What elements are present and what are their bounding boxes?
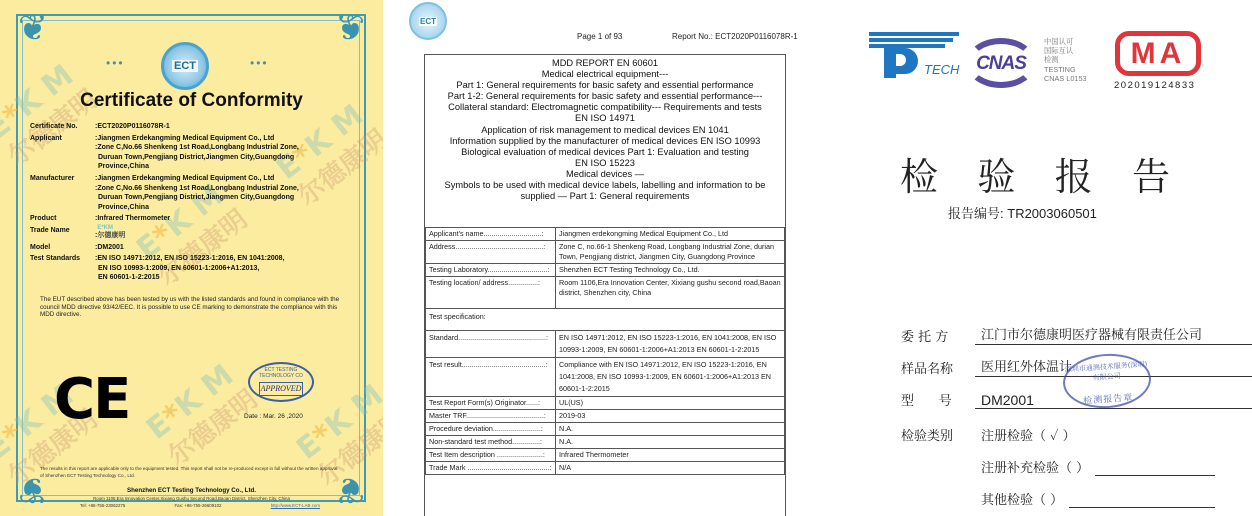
field-label: Test Standards [30,254,95,283]
row-key: Trade Mark .............................… [426,462,556,475]
row-value: N.A. [556,436,785,449]
row-value: Shenzhen ECT Testing Technology Co., Ltd… [556,264,785,277]
cma-logo: MA [1115,31,1201,76]
row-value: Infrared Thermometer [556,449,785,462]
category-other: 其他检验（ ） [975,489,1063,508]
row-key: Master TRF..............................… [426,410,556,423]
title-char: 报 [1055,146,1093,201]
row-key: Non-standard test method..............: [426,436,556,449]
certificate-field: ManufacturerJiangmen Erdekangming Medica… [30,174,355,212]
field-value: EN ISO 14971:2012, EN ISO 15223-1:2016, … [95,254,355,283]
cma-number: 202019124833 [1114,80,1195,91]
category-registration: 注册检验（ ✓ ） [975,425,1076,444]
certificate-disclaimer: The results in this report are applicabl… [40,465,340,479]
table-row: Trade Mark .............................… [426,462,785,475]
row-value: EN ISO 14971:2012, EN ISO 15223-1:2016, … [556,331,785,358]
cnas-accreditation-note: 中国认可国际互认检测TESTINGCNAS L0153 [1044,37,1087,83]
row-key: Test Report Form(s) Originator......: [426,397,556,410]
row-value: 2019-03 [556,410,785,423]
issuer-website-link[interactable]: http://www.ECT-LAB.com [271,503,320,508]
field-value: DM2001 [95,243,355,253]
title-char: 验 [977,146,1015,201]
issuer-fax: Fax: +86-755-26609102 [175,503,222,508]
certificate-field: ProductInfrared Thermometer [30,214,355,224]
certificate-field: ApplicantJiangmen Erdekangming Medical E… [30,134,355,172]
field-label: Manufacturer [30,174,95,212]
row-key: Test result.............................… [426,358,556,397]
table-row: Testing location/ address...............… [426,277,785,309]
field-label: Applicant [30,134,95,172]
heading-line: Collateral standard: Electromagnetic com… [425,102,785,113]
table-row: Testing Laboratory......................… [426,264,785,277]
row-value: Zone C, no.66-1 Shenkeng Road, Longbang … [556,241,785,264]
row-value: Compliance with EN ISO 14971:2012, EN IS… [556,358,785,397]
title-char: 告 [1132,146,1170,201]
heading-line: Medical devices — [425,169,785,180]
chinese-test-report-panel: TECH CNAS 中国认可国际互认检测TESTINGCNAS L0153 MA… [826,0,1252,516]
certificate-fields: Certificate No.ECT2020P0116078R-1Applica… [30,122,355,285]
ce-mark-icon: CE [54,372,129,428]
row-value: Room 1106,Era Innovation Center, Xixiang… [556,277,785,309]
field-label: Model [30,243,95,253]
certificate-date: Date : Mar. 26 ,2020 [244,413,303,420]
row-key: Applicant's name........................… [426,228,556,241]
issuer-contacts: Tel: +86-755-23062275 Fax: +86-755-26609… [80,503,320,508]
category-row: 检验类别 注册检验（ ✓ ） [901,425,1076,444]
issuer-name: Shenzhen ECT Testing Technology Co., Ltd… [0,487,383,494]
row-key: Testing Laboratory......................… [426,264,556,277]
decorative-dots: ••• [106,56,125,70]
heading-line: EN ISO 15223 [425,158,785,169]
heading-line: Biological evaluation of medical devices… [425,147,785,158]
row-value: N.A. [556,423,785,436]
field-value: E*KM尔德康明 [95,226,355,241]
table-row: Applicant's name........................… [426,228,785,241]
field-value: Jiangmen Erdekangming Medical Equipment … [95,174,355,212]
page-number: Page 1 of 93 [577,32,622,41]
category-supplementary-row: 注册补充检验（ ） [901,457,1215,476]
field-value: Jiangmen Erdekangming Medical Equipment … [95,134,355,172]
report-title: 检验报告 [900,146,1170,201]
corner-ornament-icon: ❦ [10,6,56,52]
test-specification-label: Test specification: [426,309,785,331]
heading-line: Part 1: General requirements for basic s… [425,80,785,91]
category-supplementary: 注册补充检验（ ） [975,457,1089,476]
trade-name-logo: E*KM尔德康明 [97,226,125,241]
report-box: MDD REPORT EN 60601Medical electrical eq… [424,54,786,516]
certificate-title: Certificate of Conformity [0,90,383,112]
report-info-table: Applicant's name........................… [425,227,785,475]
mdd-report-panel: ECT Page 1 of 93 Report No.: ECT2020P011… [395,0,813,516]
heading-line: Application of risk management to medica… [425,125,785,136]
table-row: Test Item description ..................… [426,449,785,462]
table-row: Procedure deviation.....................… [426,423,785,436]
field-label: Certificate No. [30,122,95,132]
corner-ornament-icon: ❦ [327,6,373,52]
row-value: UL(US) [556,397,785,410]
row-key: Test Item description ..................… [426,449,556,462]
row-key: Procedure deviation.....................… [426,423,556,436]
approval-stamp: ECT TESTING TECHNOLOGY CO APPROVED [248,362,314,402]
table-row: Master TRF..............................… [426,410,785,423]
decorative-dots: ••• [250,56,269,70]
certificate-of-conformity-panel: ❦ ❦ ❦ ❦ E*K M尔德康明 E*K M尔德康明 E*K M尔德康明 E*… [0,0,383,516]
table-row: Test result.............................… [426,358,785,397]
cnas-logo: CNAS [966,38,1036,88]
heading-line: Medical electrical equipment--- [425,69,785,80]
certificate-field: ModelDM2001 [30,243,355,253]
table-row: Test Report Form(s) Originator......:UL(… [426,397,785,410]
heading-line: Part 1-2: General requirements for basic… [425,91,785,102]
category-other-row: 其他检验（ ） [901,489,1215,508]
heading-line: Symbols to be used with medical device l… [425,180,785,191]
report-number: Report No.: ECT2020P0116078R-1 [672,32,798,41]
certificate-field: Test StandardsEN ISO 14971:2012, EN ISO … [30,254,355,283]
table-row: Address.................................… [426,241,785,264]
field-value: Infrared Thermometer [95,214,355,224]
heading-line: EN ISO 14971 [425,113,785,124]
field-label: Trade Name [30,226,95,241]
ect-globe-logo: ECT [161,42,209,90]
report-code: 报告编号: TR2003060501 [948,203,1097,222]
row-value: Jiangmen erdekongming Medical Equipment … [556,228,785,241]
title-char: 检 [900,146,938,201]
certificate-field: Trade NameE*KM尔德康明 [30,226,355,241]
table-row: Standard................................… [426,331,785,358]
row-value: N/A [556,462,785,475]
heading-line: MDD REPORT EN 60601 [425,58,785,69]
eut-statement: The EUT described above has been tested … [40,296,352,319]
ect-globe-logo: ECT [409,2,447,40]
field-label: Product [30,214,95,224]
tech-logo: TECH [869,32,959,82]
issuer-address: Room 1106,Era Innovation Center,Xixiang … [0,496,383,501]
issuer-tel: Tel: +86-755-23062275 [80,503,125,508]
client-value: 江门市尔德康明医疗器械有限责任公司 [975,327,1252,345]
row-key: Testing location/ address...............… [426,277,556,309]
table-row: Non-standard test method..............:N… [426,436,785,449]
heading-line: Information supplied by the manufacturer… [425,136,785,147]
heading-line: supplied — Part 1: General requirements [425,191,785,202]
client-row: 委 托 方 江门市尔德康明医疗器械有限责任公司 [901,326,1252,345]
row-key: Standard................................… [426,331,556,358]
report-heading: MDD REPORT EN 60601Medical electrical eq… [425,55,785,202]
field-value: ECT2020P0116078R-1 [95,122,355,132]
certificate-field: Certificate No.ECT2020P0116078R-1 [30,122,355,132]
row-key: Address.................................… [426,241,556,264]
